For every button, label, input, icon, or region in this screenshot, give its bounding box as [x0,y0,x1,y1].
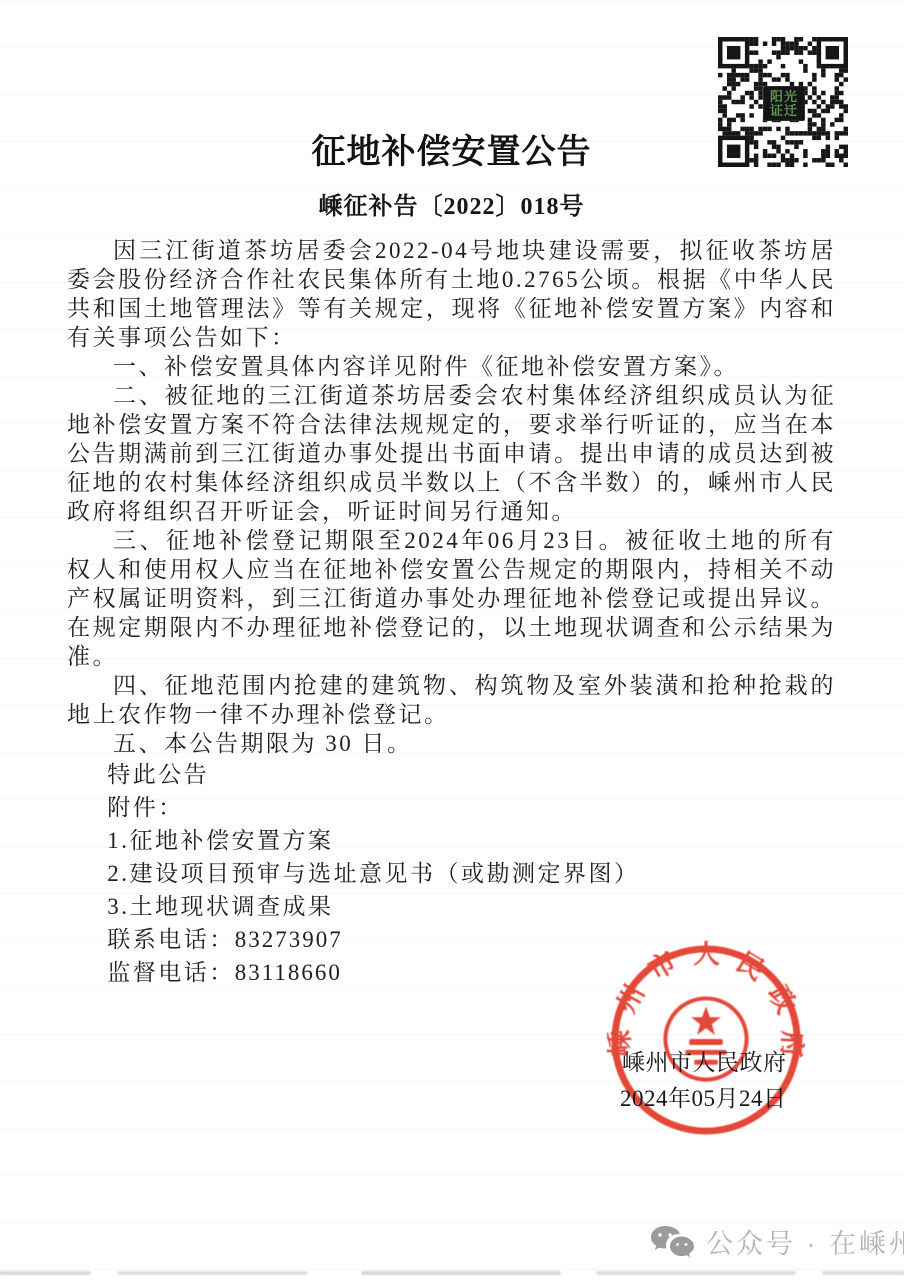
paragraph-intro: 因三江街道茶坊居委会2022-04号地块建设需要，拟征收茶坊居委会股份经济合作社… [67,236,836,352]
paragraph-item-5: 五、本公告期限为 30 日。 [67,729,836,758]
qr-label-line1: 阳光 [770,90,798,104]
attachment-item-2: 2.建设项目预审与选址意见书（或勘测定界图） [67,857,836,890]
paragraph-item-2: 二、被征地的三江街道茶坊居委会农村集体经济组织成员认为征地补偿安置方案不符合法律… [67,381,836,526]
watermark: 公众号 · 在嵊州 [648,1222,904,1261]
signature-date: 2024年05月24日 [620,1080,787,1113]
signature-org: 嵊州市人民政府 [622,1044,787,1077]
page-title: 征地补偿安置公告 [67,124,836,173]
attachment-item-3: 3.土地现状调查成果 [67,890,836,923]
qr-label-line2: 证迁 [770,104,798,118]
paragraph-item-1: 一、补偿安置具体内容详见附件《征地补偿安置方案》。 [67,352,836,381]
doc-number: 嵊征补告〔2022〕018号 [67,186,836,221]
attachments-label: 附件： [67,791,836,824]
document-body: 因三江街道茶坊居委会2022-04号地块建设需要，拟征收茶坊居委会股份经济合作社… [67,236,836,989]
attachment-item-1: 1.征地补偿安置方案 [67,824,836,857]
closing-statement: 特此公告 [67,758,836,791]
supervision-phone-number: 83118660 [235,960,342,985]
scan-edge-artifact [0,1271,904,1275]
watermark-text: 公众号 · 在嵊州 [706,1222,904,1261]
contact-phone-label: 联系电话： [107,927,235,952]
document-page: 阳光 证迁 征地补偿安置公告 嵊征补告〔2022〕018号 因三江街道茶坊居委会… [0,0,904,1280]
wechat-icon [648,1224,696,1260]
supervision-phone-label: 监督电话： [107,960,235,985]
contact-phone-number: 83273907 [235,927,343,952]
qr-center-label: 阳光 证迁 [763,86,805,121]
paragraph-item-4: 四、征地范围内抢建的建筑物、构筑物及室外装潢和抢种抢栽的地上农作物一律不办理补偿… [67,671,836,729]
paragraph-item-3: 三、征地补偿登记期限至2024年06月23日。被征收土地的所有权人和使用权人应当… [67,526,836,671]
